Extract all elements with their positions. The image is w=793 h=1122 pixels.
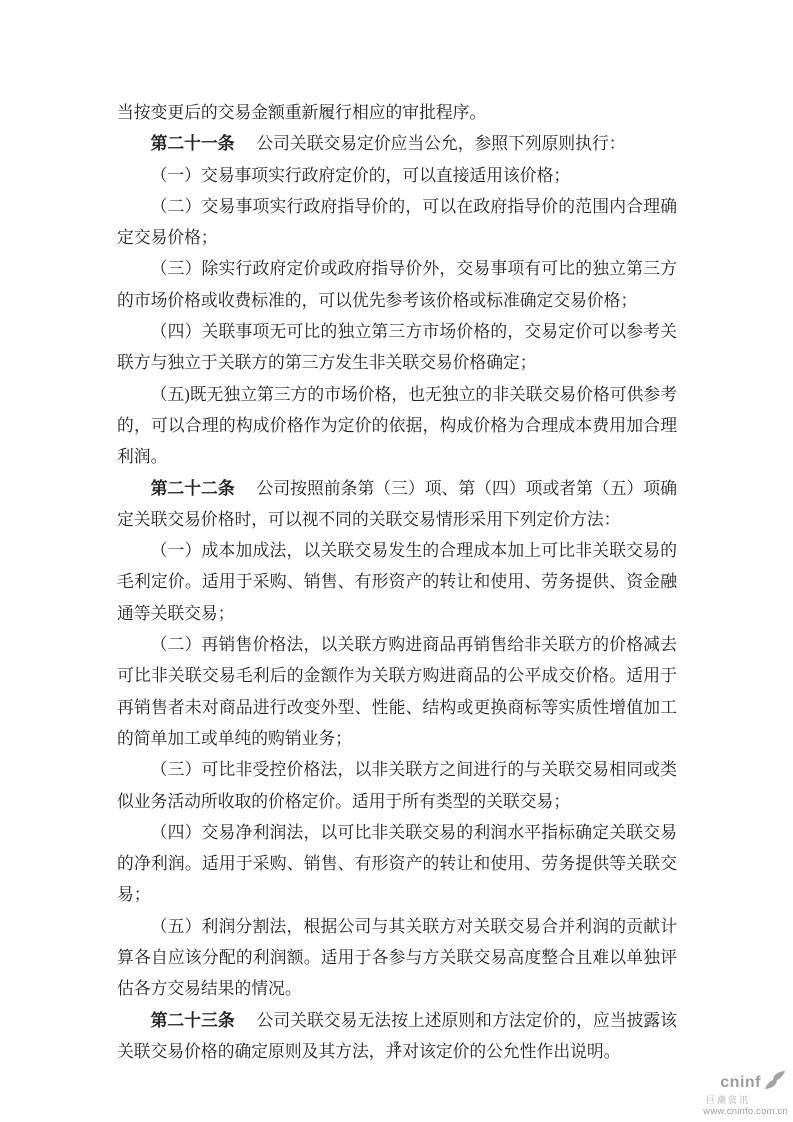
paragraph-text: （五）利润分割法，根据公司与其关联方对关联交易合并利润的贡献计算各自应该分配的利… (117, 917, 677, 999)
paragraph: 第二十三条公司关联交易无法按上述原则和方法定价的，应当披露该关联交易价格的确定原… (117, 1005, 677, 1068)
cninfo-logo: cninf 巨潮资讯 www.cninfo.com.cn (703, 1070, 788, 1118)
paragraph-text: 公司关联交易定价应当公允，参照下列原则执行： (256, 134, 625, 153)
paragraph: （五)既无独立第三方的市场价格，也无独立的非关联交易价格可供参考的，可以合理的构… (117, 379, 677, 473)
paragraph: 第二十二条公司按照前条第（三）项、第（四）项或者第（五）项确定关联交易价格时，可… (117, 473, 677, 536)
paragraph-text: （四）关联事项无可比的独立第三方市场价格的，交易定价可以参考关联方与独立于关联方… (117, 322, 677, 372)
paragraph-text: （二）交易事项实行政府指导价的，可以在政府指导价的范围内合理确定交易价格； (117, 197, 677, 247)
paragraph: （五）利润分割法，根据公司与其关联方对关联交易合并利润的贡献计算各自应该分配的利… (117, 911, 677, 1005)
paragraph: （三）除实行政府定价或政府指导价外，交易事项有可比的独立第三方的市场价格或收费标… (117, 253, 677, 316)
article-number: 第二十一条 (151, 134, 235, 153)
page-number: 5 (0, 1039, 793, 1054)
cninfo-logo-url: www.cninfo.com.cn (703, 1107, 788, 1117)
document-body: 当按变更后的交易金额重新履行相应的审批程序。第二十一条公司关联交易定价应当公允，… (117, 97, 677, 1067)
paragraph: （二）交易事项实行政府指导价的，可以在政府指导价的范围内合理确定交易价格； (117, 191, 677, 254)
paragraph-text: （三）可比非受控价格法，以非关联方之间进行的与关联交易相同或类似业务活动所收取的… (117, 760, 677, 810)
article-number: 第二十三条 (151, 1011, 235, 1030)
paragraph-text: （四）交易净利润法，以可比非关联交易的利润水平指标确定关联交易的净利润。适用于采… (117, 823, 677, 905)
paragraph: （二）再销售价格法，以关联方购进商品再销售给非关联方的价格减去可比非关联交易毛利… (117, 629, 677, 754)
paragraph: （三）可比非受控价格法，以非关联方之间进行的与关联交易相同或类似业务活动所收取的… (117, 754, 677, 817)
paragraph-text: 当按变更后的交易金额重新履行相应的审批程序。 (117, 103, 486, 122)
cninfo-logo-row: cninf (720, 1070, 786, 1095)
paragraph: （一）交易事项实行政府定价的，可以直接适用该价格； (117, 160, 677, 191)
article-number: 第二十二条 (151, 479, 235, 498)
paragraph-text: （一）成本加成法，以关联交易发生的合理成本加上可比非关联交易的毛利定价。适用于采… (117, 541, 677, 623)
paragraph: 当按变更后的交易金额重新履行相应的审批程序。 (117, 97, 677, 128)
paragraph-text: （五)既无独立第三方的市场价格，也无独立的非关联交易价格可供参考的，可以合理的构… (117, 385, 677, 467)
cninfo-logo-text: cninf (720, 1074, 761, 1092)
paragraph: （四）交易净利润法，以可比非关联交易的利润水平指标确定关联交易的净利润。适用于采… (117, 817, 677, 911)
paragraph-text: （二）再销售价格法，以关联方购进商品再销售给非关联方的价格减去可比非关联交易毛利… (117, 635, 677, 748)
paragraph-text: （一）交易事项实行政府定价的，可以直接适用该价格； (151, 166, 571, 185)
cninfo-swoosh-icon (764, 1070, 786, 1095)
paragraph: （一）成本加成法，以关联交易发生的合理成本加上可比非关联交易的毛利定价。适用于采… (117, 535, 677, 629)
document-page: 当按变更后的交易金额重新履行相应的审批程序。第二十一条公司关联交易定价应当公允，… (0, 0, 793, 1122)
cninfo-logo-name: 巨潮资讯 (706, 1096, 750, 1106)
paragraph: 第二十一条公司关联交易定价应当公允，参照下列原则执行： (117, 128, 677, 159)
paragraph: （四）关联事项无可比的独立第三方市场价格的，交易定价可以参考关联方与独立于关联方… (117, 316, 677, 379)
paragraph-text: （三）除实行政府定价或政府指导价外，交易事项有可比的独立第三方的市场价格或收费标… (117, 259, 677, 309)
